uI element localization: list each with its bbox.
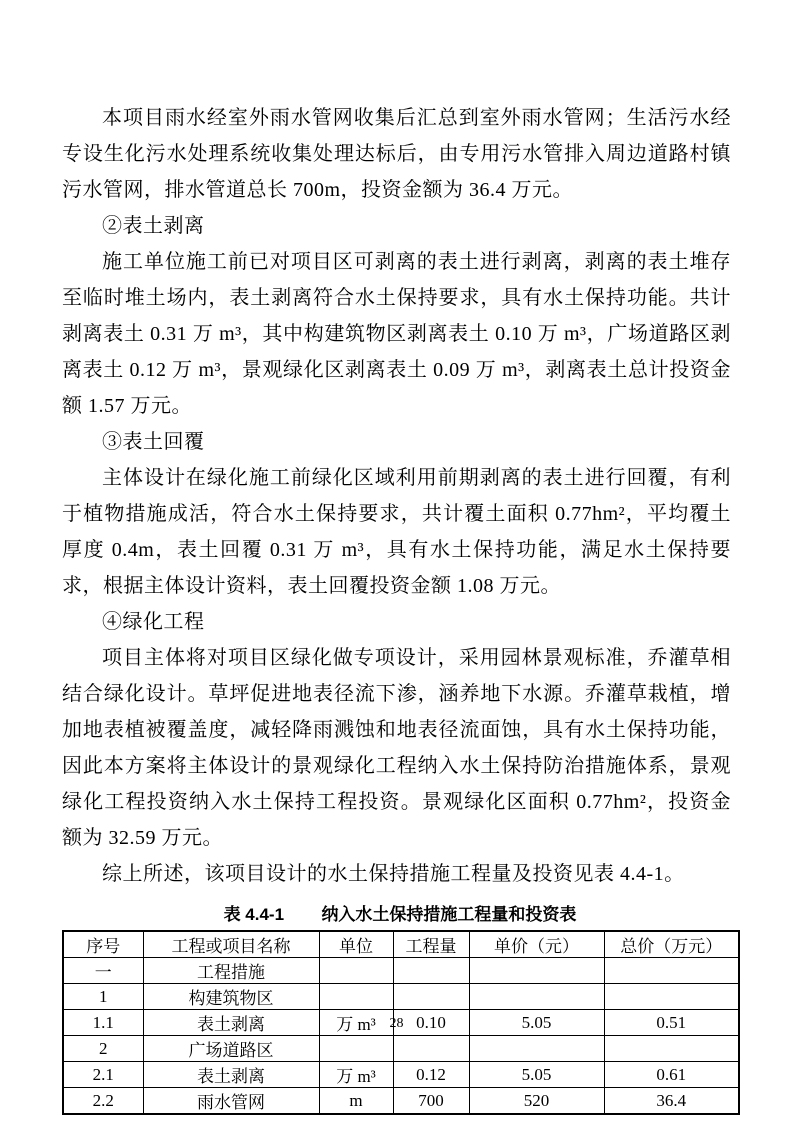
table-cell	[604, 958, 739, 984]
table-row: 1 构建筑物区	[63, 984, 739, 1010]
table-row: 2.1 表土剥离 万 m³ 0.12 5.05 0.61	[63, 1062, 739, 1088]
table-cell: 表土剥离	[143, 1062, 319, 1088]
table-cell	[604, 1036, 739, 1062]
table-cell	[469, 1036, 604, 1062]
table-header-cell: 单价（元）	[469, 931, 604, 958]
paragraph: 本项目雨水经室外雨水管网收集后汇总到室外雨水管网；生活污水经专设生化污水处理系统…	[62, 100, 731, 208]
table-cell	[604, 984, 739, 1010]
table-cell	[319, 958, 393, 984]
table-row: 2 广场道路区	[63, 1036, 739, 1062]
table-header-cell: 序号	[63, 931, 143, 958]
table-cell: 工程措施	[143, 958, 319, 984]
table-cell: 2.1	[63, 1062, 143, 1088]
section-heading: ④绿化工程	[62, 604, 731, 640]
table-cell: 构建筑物区	[143, 984, 319, 1010]
paragraph: 施工单位施工前已对项目区可剥离的表土进行剥离，剥离的表土堆存至临时堆土场内，表土…	[62, 244, 731, 424]
section-heading: ②表土剥离	[62, 208, 731, 244]
table-cell: 1	[63, 984, 143, 1010]
table-cell: 0.12	[393, 1062, 469, 1088]
table-cell: 广场道路区	[143, 1036, 319, 1062]
table-cell: 2	[63, 1036, 143, 1062]
table-cell	[393, 958, 469, 984]
table-cell: 万 m³	[319, 1062, 393, 1088]
page-number: 28	[0, 1016, 793, 1032]
table-cell	[393, 1036, 469, 1062]
table-caption: 表 4.4-1纳入水土保持措施工程量和投资表	[62, 904, 738, 926]
table-cell	[319, 1036, 393, 1062]
table-header-row: 序号 工程或项目名称 单位 工程量 单价（元） 总价（万元）	[63, 931, 739, 958]
table-cell	[469, 984, 604, 1010]
table-caption-label: 表 4.4-1	[224, 905, 284, 924]
paragraph: 主体设计在绿化施工前绿化区域利用前期剥离的表土进行回覆，有利于植物措施成活，符合…	[62, 460, 731, 604]
table-header-cell: 单位	[319, 931, 393, 958]
table-cell: 36.4	[604, 1088, 739, 1115]
table-section: 表 4.4-1纳入水土保持措施工程量和投资表 序号 工程或项目名称 单位 工程量…	[62, 904, 738, 1115]
table-row: 一 工程措施	[63, 958, 739, 984]
table-header-cell: 工程量	[393, 931, 469, 958]
table-cell: 一	[63, 958, 143, 984]
table-cell	[393, 984, 469, 1010]
table-cell: 520	[469, 1088, 604, 1115]
document-page: 本项目雨水经室外雨水管网收集后汇总到室外雨水管网；生活污水经专设生化污水处理系统…	[0, 0, 793, 1122]
table-cell	[469, 958, 604, 984]
table-cell: 2.2	[63, 1088, 143, 1115]
paragraph: 项目主体将对项目区绿化做专项设计，采用园林景观标准，乔灌草相结合绿化设计。草坪促…	[62, 640, 731, 856]
table-cell: 700	[393, 1088, 469, 1115]
paragraph: 综上所述，该项目设计的水土保持措施工程量及投资见表 4.4-1。	[62, 856, 731, 892]
table-header-cell: 工程或项目名称	[143, 931, 319, 958]
document-body: 本项目雨水经室外雨水管网收集后汇总到室外雨水管网；生活污水经专设生化污水处理系统…	[62, 100, 731, 1115]
table-cell	[319, 984, 393, 1010]
table-cell: m	[319, 1088, 393, 1115]
table-row: 2.2 雨水管网 m 700 520 36.4	[63, 1088, 739, 1115]
table-cell: 0.61	[604, 1062, 739, 1088]
table-header-cell: 总价（万元）	[604, 931, 739, 958]
section-heading: ③表土回覆	[62, 424, 731, 460]
table-cell: 雨水管网	[143, 1088, 319, 1115]
table-cell: 5.05	[469, 1062, 604, 1088]
table-caption-title: 纳入水土保持措施工程量和投资表	[321, 905, 576, 924]
